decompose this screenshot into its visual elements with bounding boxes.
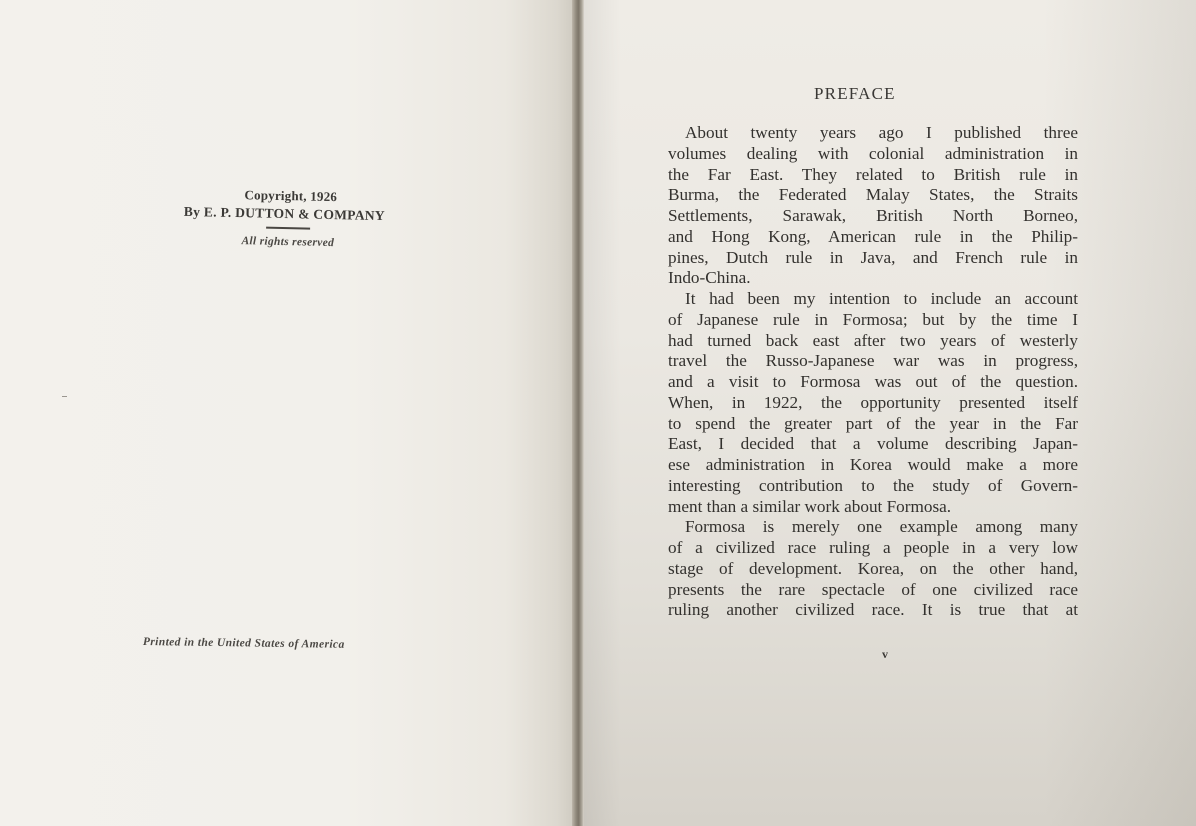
text-line: volumes dealing with colonial administra… — [668, 144, 1078, 165]
open-book-spread: Copyright, 1926 By E. P. DUTTON & COMPAN… — [0, 0, 1196, 826]
copyright-page: Copyright, 1926 By E. P. DUTTON & COMPAN… — [0, 0, 574, 826]
copyright-block: Copyright, 1926 By E. P. DUTTON & COMPAN… — [139, 184, 430, 252]
text-line: Indo-China. — [668, 268, 1078, 289]
text-line: to spend the greater part of the year in… — [668, 414, 1078, 435]
preface-body: About twenty years ago I published three… — [668, 123, 1078, 621]
page-title: PREFACE — [814, 84, 896, 104]
text-line: of Japanese rule in Formosa; but by the … — [668, 310, 1078, 331]
text-line: ese administration in Korea would make a… — [668, 455, 1078, 476]
text-line: ruling another civilized race. It is tru… — [668, 600, 1078, 621]
text-line: East, I decided that a volume describing… — [668, 434, 1078, 455]
text-line: stage of development. Korea, on the othe… — [668, 559, 1078, 580]
text-line: presents the rare spectacle of one civil… — [668, 580, 1078, 601]
text-line: Settlements, Sarawak, British North Born… — [668, 206, 1078, 227]
text-line: had turned back east after two years of … — [668, 331, 1078, 352]
rights-notice: All rights reserved — [143, 232, 433, 252]
ink-speck — [62, 396, 67, 397]
divider-rule — [266, 227, 310, 230]
text-line: of a civilized race ruling a people in a… — [668, 538, 1078, 559]
text-line: Burma, the Federated Malay States, the S… — [668, 185, 1078, 206]
book-gutter — [572, 0, 584, 826]
text-line: When, in 1922, the opportunity presented… — [668, 393, 1078, 414]
text-line: interesting contribution to the study of… — [668, 476, 1078, 497]
text-line: Formosa is merely one example among many — [668, 517, 1078, 538]
text-line: pines, Dutch rule in Java, and French ru… — [668, 248, 1078, 269]
text-line: and Hong Kong, American rule in the Phil… — [668, 227, 1078, 248]
text-line: and a visit to Formosa was out of the qu… — [668, 372, 1078, 393]
text-line: It had been my intention to include an a… — [668, 289, 1078, 310]
text-line: About twenty years ago I published three — [668, 123, 1078, 144]
page-number: v — [882, 647, 888, 662]
printed-in-notice: Printed in the United States of America — [143, 636, 345, 651]
text-line: the Far East. They related to British ru… — [668, 165, 1078, 186]
text-line: travel the Russo-Japanese war was in pro… — [668, 351, 1078, 372]
text-line: ment than a similar work about Formosa. — [668, 497, 1078, 518]
